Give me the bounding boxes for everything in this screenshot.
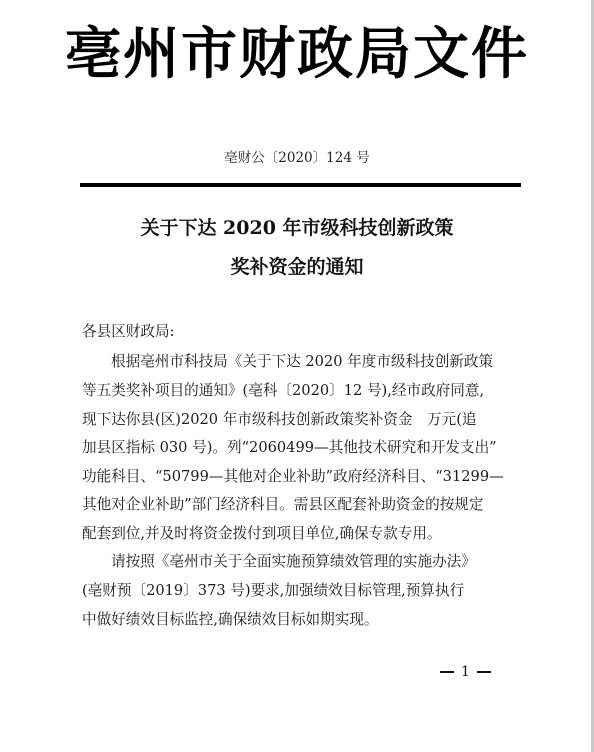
salutation: 各县区财政局:	[82, 322, 174, 342]
document-title-line-2: 奖补资金的通知	[0, 254, 594, 280]
page-number: 1	[440, 664, 510, 680]
paragraph-2-line: (亳财预〔2019〕373 号)要求,加强绩效目标管理,预算执行	[82, 581, 464, 601]
paragraph-1-line: 根据亳州市科技局《关于下达 2020 年度市级科技创新政策	[82, 352, 493, 372]
paragraph-1-line: 功能科目、“50799—其他对企业补助”政府经济科目、“31299—	[82, 467, 504, 487]
paragraph-1-line: 现下达你县(区)2020 年市级科技创新政策奖补资金 万元(追	[82, 410, 477, 430]
document-number: 亳财公〔2020〕124 号	[0, 148, 594, 168]
paragraph-2-line: 请按照《亳州市关于全面实施预算绩效管理的实施办法》	[82, 552, 476, 572]
paragraph-1-line: 等五类奖补项目的通知》(亳科〔2020〕12 号),经市政府同意,	[82, 381, 484, 401]
paragraph-1-line: 加县区指标 030 号)。列“2060499—其他技术研究和开发支出”	[82, 438, 497, 458]
document-title-line-1: 关于下达 2020 年市级科技创新政策	[0, 215, 594, 241]
document-masthead: 亳州市财政局文件	[0, 18, 594, 90]
paragraph-1-line: 配套到位,并及时将资金拨付到项目单位,确保专款专用。	[82, 524, 442, 544]
page-number-value: 1	[461, 664, 470, 680]
dash-right	[477, 671, 491, 673]
header-divider	[80, 183, 521, 187]
dash-left	[440, 671, 454, 673]
paragraph-2-line: 中做好绩效目标监控,确保绩效目标如期实现。	[82, 610, 379, 630]
paragraph-1-line: 其他对企业补助”部门经济科目。需县区配套补助资金的按规定	[82, 495, 484, 515]
